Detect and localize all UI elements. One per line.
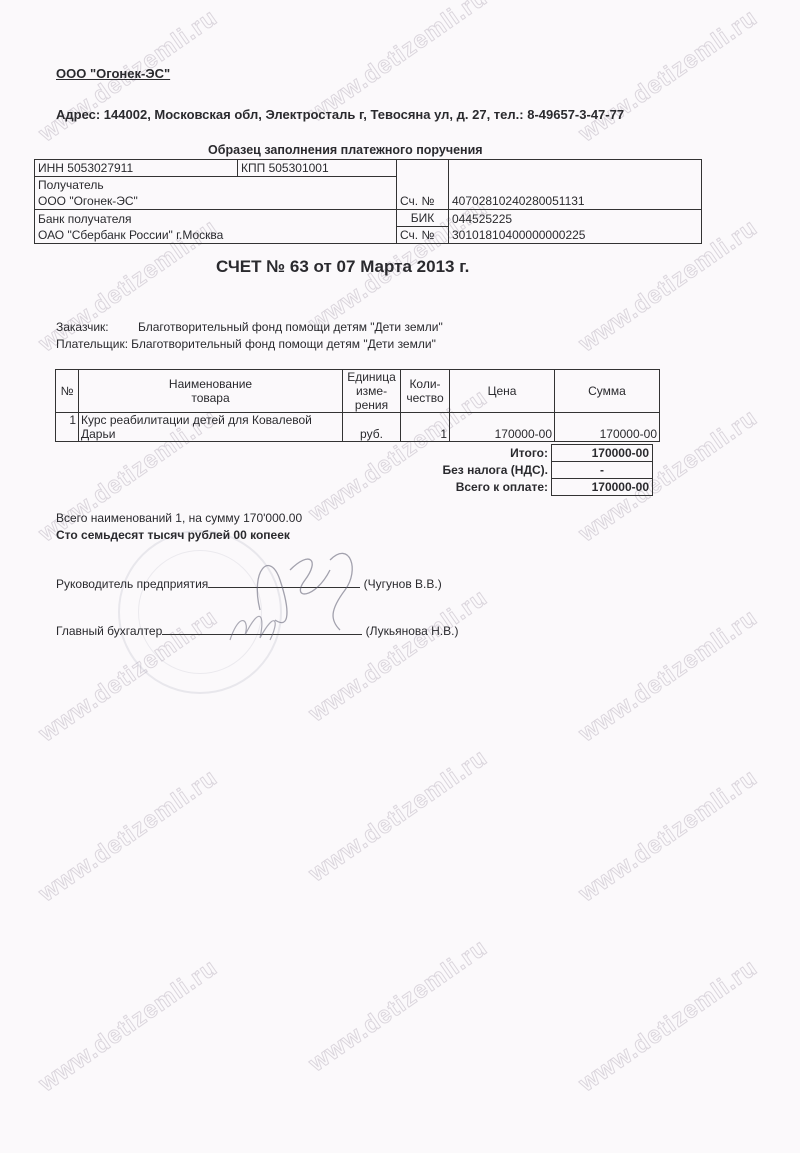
invoice-title: СЧЕТ № 63 от 07 Марта 2013 г. (216, 257, 469, 277)
payer-value: Благотворительный фонд помощи детям "Дет… (131, 337, 436, 351)
table-row: 1 Курс реабилитации детей для Ковалевой … (56, 413, 660, 442)
company-address: Адрес: 144002, Московская обл, Электрост… (56, 107, 624, 122)
total-value: 170000-00 (552, 479, 653, 496)
row-num: 1 (56, 413, 79, 442)
row-name: Курс реабилитации детей для Ковалевой Да… (79, 413, 343, 442)
bank-details-title: Образец заполнения платежного поручения (208, 143, 483, 157)
accountant-label: Главный бухгалтер (56, 624, 162, 638)
bik-label: БИК (397, 210, 449, 227)
row-unit: руб. (343, 413, 401, 442)
bik-value: 044525225 (449, 210, 702, 227)
vat-label: Без налога (НДС). (400, 462, 552, 479)
customer-line: Заказчик:Благотворительный фонд помощи д… (56, 320, 443, 334)
customer-value: Благотворительный фонд помощи детям "Дет… (138, 320, 443, 334)
inn: ИНН 5053027911 (35, 160, 238, 177)
header-unit: Единица изме- рения (343, 370, 401, 413)
watermark-text: www.detizemli.ru (304, 934, 493, 1078)
payer-label: Плательщик: (56, 337, 128, 351)
totals-table: Итого: 170000-00 Без налога (НДС). - Все… (400, 444, 653, 496)
header-price: Цена (450, 370, 555, 413)
header-name: Наименование товара (79, 370, 343, 413)
bank-label: Банк получателя (35, 210, 397, 227)
account-label: Сч. № (397, 193, 449, 210)
watermark-text: www.detizemli.ru (574, 4, 763, 148)
header-sum: Сумма (555, 370, 660, 413)
row-price: 170000-00 (450, 413, 555, 442)
watermark-text: www.detizemli.ru (574, 604, 763, 748)
watermark-text: www.detizemli.ru (34, 764, 223, 908)
row-sum: 170000-00 (555, 413, 660, 442)
corr-account-number: 30101810400000000225 (449, 227, 702, 244)
items-table: № Наименование товара Единица изме- рени… (55, 369, 660, 442)
header-num: № (56, 370, 79, 413)
watermark-text: www.detizemli.ru (304, 744, 493, 888)
watermark-text: www.detizemli.ru (574, 954, 763, 1098)
director-label: Руководитель предприятия (56, 577, 208, 591)
subtotal-label: Итого: (400, 445, 552, 462)
bank-name: ОАО "Сбербанк России" г.Москва (35, 227, 397, 244)
recipient-name: ООО "Огонек-ЭС" (35, 193, 397, 210)
row-qty: 1 (401, 413, 450, 442)
customer-label: Заказчик: (56, 320, 138, 334)
header-qty: Коли- чество (401, 370, 450, 413)
subtotal-value: 170000-00 (552, 445, 653, 462)
total-label: Всего к оплате: (400, 479, 552, 496)
watermark-text: www.detizemli.ru (34, 954, 223, 1098)
vat-value: - (552, 462, 653, 479)
corr-account-label: Сч. № (397, 227, 449, 244)
company-name: ООО "Огонек-ЭС" (56, 66, 170, 81)
payer-line: Плательщик:Благотворительный фонд помощи… (56, 337, 436, 351)
kpp: КПП 505301001 (238, 160, 397, 177)
signature-scribble (220, 510, 380, 650)
items-header-row: № Наименование товара Единица изме- рени… (56, 370, 660, 413)
account-number: 40702810240280051131 (449, 193, 702, 210)
watermark-text: www.detizemli.ru (574, 764, 763, 908)
bank-details-table: ИНН 5053027911 КПП 505301001 Получатель … (34, 159, 702, 244)
recipient-label: Получатель (35, 177, 397, 194)
